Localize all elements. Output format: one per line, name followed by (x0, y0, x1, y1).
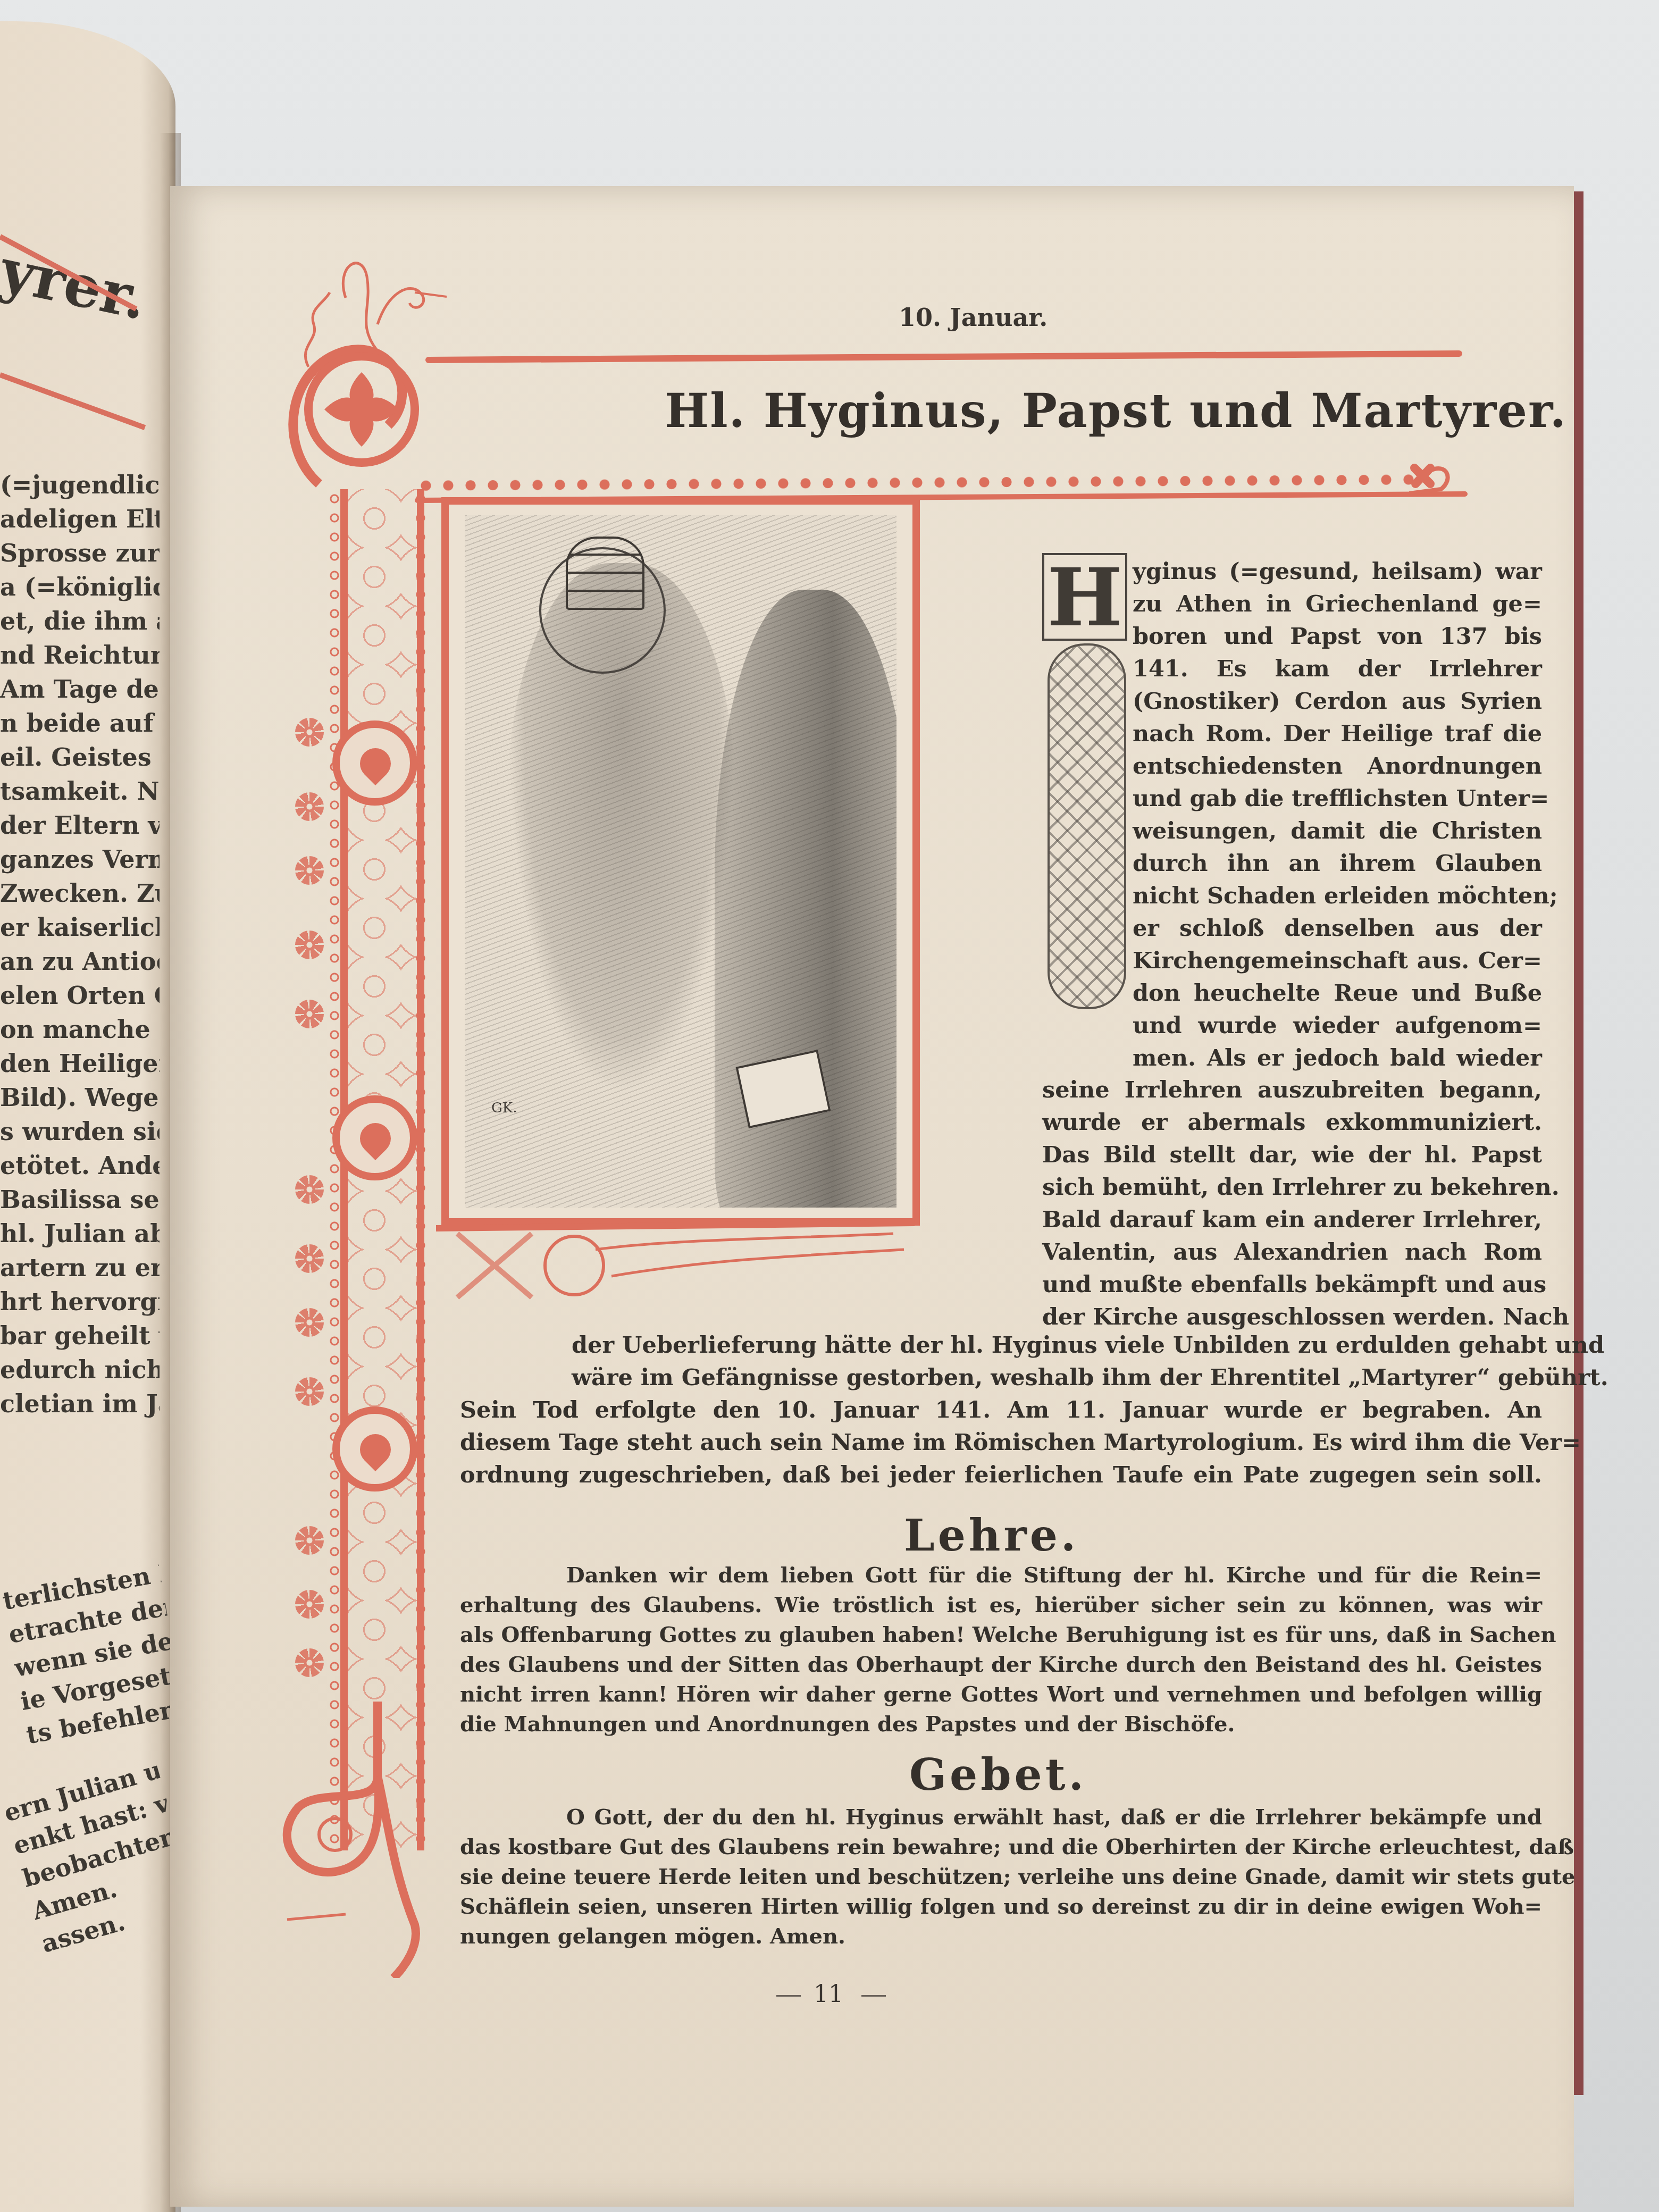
drop-cap: H (1042, 553, 1127, 1010)
left-page-narrative: (=jugendlich) wurde von adeligen Eltern … (0, 468, 160, 1421)
text-line: Sein Tod erfolgte den 10. Januar 141. Am… (460, 1394, 1542, 1427)
text-line: durch ihn an ihrem Glauben (1133, 848, 1542, 880)
narrative-line-continuation: men. Als er jedoch bald wieder (1133, 1042, 1542, 1075)
text-line: men. Als er jedoch bald wieder (1133, 1042, 1542, 1075)
narrative-full-lines: Sein Tod erfolgte den 10. Januar 141. Am… (460, 1394, 1542, 1492)
border-scallop-left (330, 489, 339, 1850)
page-header-date: 10. Januar. (899, 303, 1048, 332)
artist-monogram: GK. (491, 1100, 517, 1116)
text-line: nicht Schaden erleiden möchten; (1133, 880, 1542, 912)
rosette-icon (295, 1377, 324, 1406)
text-line: die Mahnungen und Anordnungen des Papste… (460, 1710, 1542, 1739)
left-text-line: er kaiserliche Statthalter (0, 910, 160, 944)
left-text-line: et, die ihm aber an (0, 604, 160, 638)
paisley-ornament-icon (255, 1702, 431, 1978)
text-line: das kostbare Gut des Glaubens rein bewah… (460, 1832, 1542, 1862)
text-line: zu Athen in Griechenland ge= (1133, 588, 1542, 621)
text-line: als Offenbarung Gottes zu glauben haben!… (460, 1620, 1542, 1650)
left-text-line: elen Orten Götzenbilder (0, 978, 160, 1012)
text-line: yginus (=gesund, heilsam) war (1133, 556, 1542, 588)
left-text-line: Basilissa sei im Frieden (0, 1183, 160, 1217)
border-end-knot-icon (1409, 457, 1457, 495)
left-text-line: etötet. Andere Quellen (0, 1149, 160, 1183)
left-text-line: hl. Julian aber hatte (0, 1217, 160, 1251)
rosette-icon (295, 856, 324, 885)
lehre-heading: Lehre. (904, 1510, 1079, 1561)
left-text-line: (=jugendlich) wurde von (0, 468, 160, 502)
left-text-line: adeligen Eltern als der (0, 502, 160, 536)
corner-ornament-icon (255, 234, 447, 510)
left-text-line: s wurden sie nun an- (0, 1115, 160, 1149)
left-text-line: Bild). Wegen des christ- (0, 1080, 160, 1115)
rosette-icon (295, 792, 324, 821)
drop-cap-letter: H (1042, 553, 1127, 641)
left-text-line: Am Tage der Hochzeit (0, 672, 160, 706)
engraving-illustration: GK. (465, 515, 896, 1208)
text-line: sich bemüht, den Irrlehrer zu bekehren. (1042, 1171, 1542, 1204)
text-line: entschiedensten Anordnungen (1133, 750, 1542, 783)
page-number: 11 (814, 1981, 843, 2008)
narrative-mid-column: seine Irrlehren auszubreiten begann, wur… (1042, 1074, 1542, 1334)
text-line: Kirchengemeinschaft aus. Cer= (1133, 945, 1542, 977)
rosette-icon (295, 1526, 324, 1555)
celtic-knot-icon (1048, 643, 1126, 1009)
rosette-icon (295, 1590, 324, 1619)
narrative-wide-lines: der Ueberlieferung hätte der hl. Hyginus… (572, 1329, 1542, 1394)
border-medallion-icon (332, 720, 417, 806)
text-line: (Gnostiker) Cerdon aus Syrien (1133, 685, 1542, 718)
narrative-column: yginus (=gesund, heilsam) war zu Athen i… (1133, 556, 1542, 1042)
rosette-icon (295, 1648, 324, 1677)
left-text-line: eil. Geistes beständige (0, 740, 160, 774)
page-number-dash-right (861, 1995, 886, 1997)
left-text-line: nd Reichtum ebenbürtig (0, 638, 160, 672)
text-line: diesem Tage steht auch sein Name im Römi… (460, 1427, 1542, 1459)
left-text-line: on manche durch das (0, 1012, 160, 1046)
left-text-line: bar geheilt wurde. Er (0, 1319, 160, 1353)
papal-tiara (566, 537, 644, 610)
text-line: O Gott, der du den hl. Hyginus erwählt h… (460, 1803, 1542, 1832)
rosette-icon (295, 1000, 324, 1028)
left-text-line: ganzes Vermögen zu (0, 842, 160, 876)
text-line: Das Bild stellt dar, wie der hl. Papst (1042, 1139, 1542, 1171)
text-line: der Ueberlieferung hätte der hl. Hyginus… (572, 1329, 1542, 1362)
left-text-line: n beide auf Antrieb (0, 706, 160, 740)
text-line: er schloß denselben aus der (1133, 912, 1542, 945)
text-line: seine Irrlehren auszubreiten begann, (1042, 1074, 1542, 1107)
text-line: don heuchelte Reue und Buße (1133, 977, 1542, 1010)
left-text-line: Zwecken. Zu dieser Zeit (0, 876, 160, 910)
text-line: 141. Es kam der Irrlehrer (1133, 653, 1542, 685)
text-line: nungen gelangen mögen. Amen. (460, 1922, 1542, 1951)
border-scallop-right (416, 489, 425, 1850)
text-line: wäre im Gefängnisse gestorben, weshalb i… (572, 1362, 1542, 1394)
rosette-icon (295, 1175, 324, 1204)
text-line: Valentin, aus Alexandrien nach Rom (1042, 1236, 1542, 1269)
text-line: des Glaubens und der Sitten das Oberhaup… (460, 1650, 1542, 1680)
left-text-line: edurch nicht wenige zum (0, 1353, 160, 1387)
text-line: weisungen, damit die Christen (1133, 815, 1542, 848)
border-medallion-icon (332, 1095, 417, 1180)
text-line: wurde er abermals exkommuniziert. (1042, 1107, 1542, 1139)
left-page-lesson-fragment: terlichsten Martern den etrachte den Kai… (0, 1557, 187, 1752)
rosette-icon (295, 1244, 324, 1273)
left-text-line: hrt hervorging, oder bald (0, 1285, 160, 1319)
gebet-heading: Gebet. (909, 1749, 1087, 1800)
left-text-line: der Eltern verwendeten (0, 808, 160, 842)
left-text-line: cletian im Jahre 303. (0, 1387, 160, 1421)
illustration-frame: GK. (441, 497, 920, 1226)
border-medallion-icon (332, 1406, 417, 1492)
text-line: und gab die trefflichsten Unter= (1133, 783, 1542, 815)
left-text-line: Sprosse zur Heirat mit (0, 536, 160, 570)
text-line: und wurde wieder aufgenom= (1133, 1010, 1542, 1042)
left-text-line: tsamkeit. Nach dem (0, 774, 160, 808)
text-line: Bald darauf kam ein anderer Irrlehrer, (1042, 1204, 1542, 1236)
text-line: der Kirche ausgeschlossen werden. Nach (1042, 1301, 1542, 1334)
book-cover-edge (1574, 191, 1583, 2095)
text-line: ordnung zugeschrieben, daß bei jeder fei… (460, 1459, 1542, 1492)
text-line: sie deine teuere Herde leiten und beschü… (460, 1862, 1542, 1892)
rosette-icon (295, 931, 324, 959)
text-line: Schäflein seien, unseren Hirten willig f… (460, 1892, 1542, 1922)
left-text-line: artern zu erdulden, aus (0, 1251, 160, 1285)
text-line: Danken wir dem lieben Gott für die Stift… (460, 1561, 1542, 1590)
text-line: boren und Papst von 137 bis (1133, 621, 1542, 653)
gebet-body: O Gott, der du den hl. Hyginus erwählt h… (460, 1803, 1542, 1951)
left-text-line: den Heiligen vernichtet (0, 1046, 160, 1080)
page-number-dash-left (776, 1995, 801, 1997)
text-line: nicht irren kann! Hören wir daher gerne … (460, 1680, 1542, 1710)
text-line: nach Rom. Der Heilige traf die (1133, 718, 1542, 750)
text-line: und mußte ebenfalls bekämpft und aus (1042, 1269, 1542, 1301)
lehre-body: Danken wir dem lieben Gott für die Stift… (460, 1561, 1542, 1739)
rosette-icon (295, 718, 324, 747)
illustration-corner-ornament-icon (436, 1218, 915, 1303)
rosette-icon (295, 1308, 324, 1337)
page-title: Hl. Hyginus, Papst und Martyrer. (665, 383, 1567, 438)
text-line: erhaltung des Glaubens. Wie tröstlich is… (460, 1590, 1542, 1620)
left-text-line: an zu Antiochia in (0, 944, 160, 978)
left-text-line: a (=königlich erhaben) (0, 570, 160, 604)
